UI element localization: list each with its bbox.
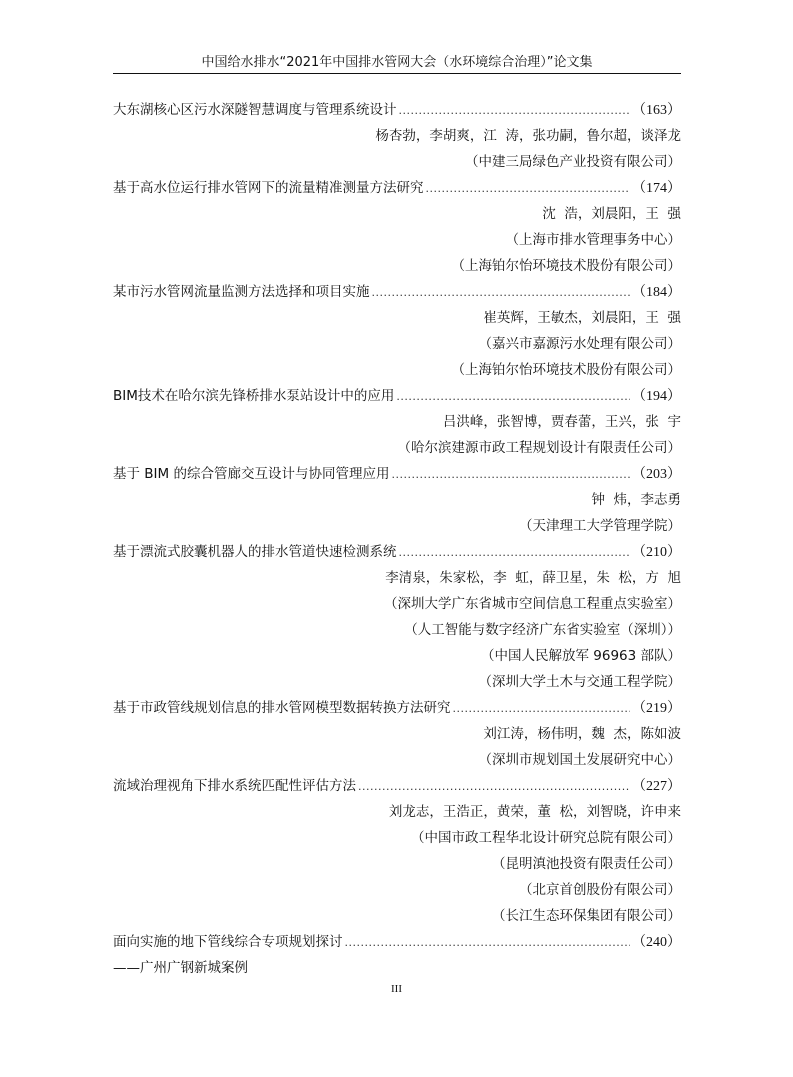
entry-affiliation: （昆明滇池投资有限责任公司） bbox=[113, 851, 681, 877]
entry-authors: 钟 炜，李志勇 bbox=[113, 487, 681, 513]
toc-entry-title[interactable]: 基于市政管线规划信息的排水管网模型数据转换方法研究 （219） bbox=[113, 695, 681, 721]
entry-affiliation: （深圳大学土木与交通工程学院） bbox=[113, 669, 681, 695]
entry-subtitle: ——广州广钢新城案例 bbox=[113, 955, 681, 981]
entry-title: BIM技术在哈尔滨先锋桥排水泵站设计中的应用 bbox=[113, 383, 394, 409]
entry-affiliation: （深圳市规划国土发展研究中心） bbox=[113, 747, 681, 773]
entry-page: （194） bbox=[632, 384, 681, 410]
entry-authors: 崔英辉，王敏杰，刘晨阳，王 强 bbox=[113, 305, 681, 331]
dot-leader bbox=[426, 176, 631, 202]
page-number: III bbox=[0, 983, 793, 995]
entry-page: （184） bbox=[632, 280, 681, 306]
toc-entry-title[interactable]: 流域治理视角下排水系统匹配性评估方法 （227） bbox=[113, 773, 681, 799]
entry-title: 大东湖核心区污水深隧智慧调度与管理系统设计 bbox=[113, 97, 397, 123]
table-of-contents: 大东湖核心区污水深隧智慧调度与管理系统设计 （163） 杨杏勃，李胡爽，江 涛，… bbox=[113, 97, 681, 981]
entry-affiliation: （哈尔滨建源市政工程规划设计有限责任公司） bbox=[113, 435, 681, 461]
entry-title: 某市污水管网流量监测方法选择和项目实施 bbox=[113, 279, 370, 305]
entry-affiliation: （长江生态环保集团有限公司） bbox=[113, 903, 681, 929]
page-header-title: 中国给水排水“2021年中国排水管网大会（水环境综合治理）”论文集 bbox=[113, 54, 681, 72]
entry-authors: 李清泉，朱家松，李 虹，薛卫星，朱 松，方 旭 bbox=[113, 565, 681, 591]
entry-title: 流域治理视角下排水系统匹配性评估方法 bbox=[113, 773, 356, 799]
toc-entry-title[interactable]: 基于高水位运行排水管网下的流量精准测量方法研究 （174） bbox=[113, 175, 681, 201]
dot-leader bbox=[396, 384, 630, 410]
toc-entry-title[interactable]: 面向实施的地下管线综合专项规划探讨 （240） bbox=[113, 929, 681, 955]
entry-authors: 刘龙志，王浩正，黄荣，董 松，刘智晓，许申来 bbox=[113, 799, 681, 825]
entry-affiliation: （深圳大学广东省城市空间信息工程重点实验室） bbox=[113, 591, 681, 617]
entry-authors: 刘江涛，杨伟明，魏 杰，陈如波 bbox=[113, 721, 681, 747]
entry-title: 基于 BIM 的综合管廊交互设计与协同管理应用 bbox=[113, 461, 389, 487]
entry-affiliation: （中国市政工程华北设计研究总院有限公司） bbox=[113, 825, 681, 851]
entry-affiliation: （上海市排水管理事务中心） bbox=[113, 227, 681, 253]
dot-leader bbox=[372, 280, 631, 306]
dot-leader bbox=[345, 930, 631, 956]
entry-title: 面向实施的地下管线综合专项规划探讨 bbox=[113, 929, 343, 955]
entry-affiliation: （天津理工大学管理学院） bbox=[113, 513, 681, 539]
entry-page: （203） bbox=[632, 462, 681, 488]
dot-leader bbox=[399, 540, 631, 566]
entry-affiliation: （中建三局绿色产业投资有限公司） bbox=[113, 149, 681, 175]
dot-leader bbox=[453, 696, 631, 722]
toc-entry-title[interactable]: 大东湖核心区污水深隧智慧调度与管理系统设计 （163） bbox=[113, 97, 681, 123]
entry-affiliation: （上海铂尔怡环境技术股份有限公司） bbox=[113, 253, 681, 279]
entry-page: （240） bbox=[632, 930, 681, 956]
toc-entry-title[interactable]: 基于 BIM 的综合管廊交互设计与协同管理应用 （203） bbox=[113, 461, 681, 487]
entry-page: （163） bbox=[632, 98, 681, 124]
toc-entry-title[interactable]: 某市污水管网流量监测方法选择和项目实施 （184） bbox=[113, 279, 681, 305]
entry-title: 基于漂流式胶囊机器人的排水管道快速检测系统 bbox=[113, 539, 397, 565]
entry-page: （174） bbox=[632, 176, 681, 202]
entry-page: （227） bbox=[632, 774, 681, 800]
entry-page: （210） bbox=[632, 540, 681, 566]
entry-affiliation: （人工智能与数字经济广东省实验室（深圳）） bbox=[113, 617, 681, 643]
toc-entry-title[interactable]: BIM技术在哈尔滨先锋桥排水泵站设计中的应用 （194） bbox=[113, 383, 681, 409]
entry-title: 基于市政管线规划信息的排水管网模型数据转换方法研究 bbox=[113, 695, 451, 721]
entry-authors: 杨杏勃，李胡爽，江 涛，张功嗣，鲁尔超，谈泽龙 bbox=[113, 123, 681, 149]
header-divider bbox=[113, 73, 681, 74]
entry-authors: 吕洪峰，张智博，贾春蕾，王兴，张 宇 bbox=[113, 409, 681, 435]
entry-affiliation: （北京首创股份有限公司） bbox=[113, 877, 681, 903]
entry-authors: 沈 浩，刘晨阳，王 强 bbox=[113, 201, 681, 227]
entry-title: 基于高水位运行排水管网下的流量精准测量方法研究 bbox=[113, 175, 424, 201]
toc-entry-title[interactable]: 基于漂流式胶囊机器人的排水管道快速检测系统 （210） bbox=[113, 539, 681, 565]
dot-leader bbox=[358, 774, 630, 800]
entry-affiliation: （上海铂尔怡环境技术股份有限公司） bbox=[113, 357, 681, 383]
entry-affiliation: （中国人民解放军 96963 部队） bbox=[113, 643, 681, 669]
dot-leader bbox=[399, 98, 631, 124]
entry-affiliation: （嘉兴市嘉源污水处理有限公司） bbox=[113, 331, 681, 357]
dot-leader bbox=[391, 462, 630, 488]
entry-page: （219） bbox=[632, 696, 681, 722]
